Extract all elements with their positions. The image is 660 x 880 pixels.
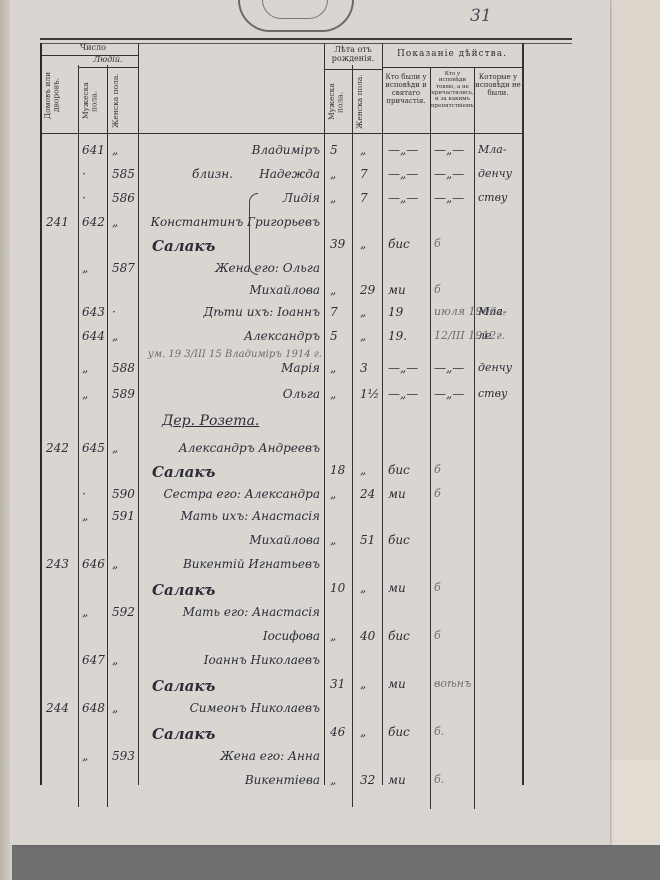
person-name: Дер. Розета.	[162, 413, 259, 429]
person-name: Салакъ	[152, 463, 215, 481]
confession-note: 12/III 1912г.	[434, 329, 505, 342]
female-number: „	[112, 653, 118, 667]
header-male: Мужеска пола.	[82, 71, 104, 131]
male-number: ·	[82, 167, 86, 181]
male-number: 646	[82, 557, 105, 571]
header-conf-col3: Которые у исповѣди не были.	[475, 73, 521, 97]
age-female: 51	[360, 533, 375, 547]
female-number: „	[112, 441, 118, 455]
person-name: Константинъ Григорьевъ	[140, 215, 320, 229]
female-number: 586	[112, 191, 135, 205]
confession-note: б	[434, 581, 441, 594]
age-female: 7	[360, 167, 368, 181]
confession-note: б	[434, 629, 441, 642]
age-female: „	[360, 677, 366, 691]
person-name: Александръ Андреевъ	[140, 441, 320, 455]
person-name: Михайлова	[140, 283, 320, 297]
person-name: Мать ихъ: Анастасія	[140, 509, 320, 523]
female-number: „	[112, 557, 118, 571]
person-name: Ольга	[140, 387, 320, 401]
male-number: „	[82, 749, 88, 763]
confession-status: бис	[388, 533, 410, 547]
male-number: ·	[82, 191, 86, 205]
header-persons: Людій.	[78, 55, 138, 64]
age-female: „	[360, 143, 366, 157]
person-name: Владиміръ	[140, 143, 320, 157]
confession-note: б	[434, 237, 441, 250]
person-name: Викентій Игнатьевъ	[140, 557, 320, 571]
header-female: Женска пола.	[112, 71, 134, 131]
age-male: 18	[330, 463, 345, 477]
confession-status: бис	[388, 725, 410, 739]
female-number: 585	[112, 167, 135, 181]
person-name: Жена его: Анна	[140, 749, 320, 763]
age-female: „	[360, 237, 366, 251]
person-name: Іоаннъ Николаевъ	[140, 653, 320, 667]
female-number: 588	[112, 361, 135, 375]
age-male: „	[330, 629, 336, 643]
person-name: Викентіева	[140, 773, 320, 787]
female-number: „	[112, 329, 118, 343]
male-number: 644	[82, 329, 105, 343]
confession-note: воѣнъ	[434, 677, 471, 690]
person-name: Александръ	[140, 329, 320, 343]
male-number: 645	[82, 441, 105, 455]
female-number: 591	[112, 509, 135, 523]
confession-status: 19	[388, 305, 403, 319]
male-number: 648	[82, 701, 105, 715]
person-name: Симеонъ Николаевъ	[140, 701, 320, 715]
female-number: 590	[112, 487, 135, 501]
confession-note: б	[434, 283, 441, 296]
age-female: 32	[360, 773, 375, 787]
age-female: „	[360, 581, 366, 595]
confession-note: б.	[434, 773, 444, 786]
absence-reason: ству	[478, 191, 507, 204]
absence-reason: ле	[478, 329, 492, 342]
person-name: Салакъ	[152, 725, 215, 743]
household-number: 244	[46, 701, 69, 715]
female-number: 589	[112, 387, 135, 401]
male-number: „	[82, 387, 88, 401]
age-female: 1½	[360, 387, 379, 401]
male-number: 642	[82, 215, 105, 229]
age-male: „	[330, 387, 336, 401]
age-male: 5	[330, 329, 338, 343]
female-number: 592	[112, 605, 135, 619]
person-name: Мать его: Анастасія	[140, 605, 320, 619]
desk-surface	[0, 845, 660, 880]
header-age: Лѣта отъ рожденія.	[324, 45, 382, 63]
age-female: „	[360, 329, 366, 343]
confession-status: —„—	[388, 143, 418, 157]
household-number: 243	[46, 557, 69, 571]
twins-note: близн.	[192, 167, 233, 181]
person-name: Марія	[140, 361, 320, 375]
header-age-female: Женска пола.	[356, 73, 378, 131]
age-male: „	[330, 191, 336, 205]
confession-note: —„—	[434, 387, 464, 401]
register-table: Число Людій. Домовъ или дворовъ. Мужеска…	[40, 43, 572, 785]
person-name: Михайлова	[140, 533, 320, 547]
male-number: „	[82, 361, 88, 375]
header-confession: Показаніе дѣйства.	[382, 49, 522, 59]
female-number: „	[112, 215, 118, 229]
person-name: Жена его: Ольга	[140, 261, 320, 275]
female-number: 593	[112, 749, 135, 763]
household-number: 241	[46, 215, 69, 229]
register-page: 31 Число Людій. Домовъ или дворовъ. Муже…	[10, 0, 610, 845]
age-female: „	[360, 463, 366, 477]
confession-status: ми	[388, 773, 406, 787]
age-female: „	[360, 305, 366, 319]
age-male: 31	[330, 677, 345, 691]
confession-status: ми	[388, 283, 406, 297]
age-female: 40	[360, 629, 375, 643]
confession-status: ми	[388, 581, 406, 595]
confession-status: —„—	[388, 191, 418, 205]
person-name: Сестра его: Александра	[140, 487, 320, 501]
confession-note: —„—	[434, 191, 464, 205]
absence-reason: Мла-	[478, 143, 507, 156]
absence-reason: ству	[478, 387, 507, 400]
age-female: 29	[360, 283, 375, 297]
confession-note: —„—	[434, 143, 464, 157]
age-female: 24	[360, 487, 375, 501]
household-number: 242	[46, 441, 69, 455]
male-number: ·	[82, 487, 86, 501]
age-male: „	[330, 487, 336, 501]
page-number: 31	[470, 6, 492, 26]
age-female: „	[360, 725, 366, 739]
confession-status: —„—	[388, 361, 418, 375]
confession-status: 19.	[388, 329, 407, 343]
age-male: 46	[330, 725, 345, 739]
male-number: 647	[82, 653, 105, 667]
age-male: „	[330, 773, 336, 787]
header-conf-col2: Кто у исповѣди токмо, а не причастились,…	[431, 71, 474, 109]
confession-note: б.	[434, 725, 444, 738]
imperial-emblem-icon	[238, 0, 354, 32]
age-male: „	[330, 283, 336, 297]
female-number: ·	[112, 305, 116, 319]
confession-status: ми	[388, 677, 406, 691]
male-number: „	[82, 605, 88, 619]
male-number: „	[82, 509, 88, 523]
confession-note: б	[434, 463, 441, 476]
confession-note: —„—	[434, 167, 464, 181]
female-number: 587	[112, 261, 135, 275]
confession-status: —„—	[388, 387, 418, 401]
absence-reason: денчу	[478, 361, 512, 374]
header-age-male: Мужеска пола.	[328, 73, 350, 131]
age-male: 7	[330, 305, 338, 319]
header-conf-col1: Кто были у исповѣди и святаго причастія.	[383, 73, 429, 105]
age-male: „	[330, 533, 336, 547]
age-female: 3	[360, 361, 368, 375]
female-number: „	[112, 143, 118, 157]
confession-note: —„—	[434, 361, 464, 375]
header-count: Число	[68, 43, 118, 52]
person-name: Салакъ	[152, 677, 215, 695]
age-male: 10	[330, 581, 345, 595]
age-male: 5	[330, 143, 338, 157]
person-name: Салакъ	[152, 581, 215, 599]
header-households: Домовъ или дворовъ.	[44, 59, 74, 131]
confession-status: —„—	[388, 167, 418, 181]
female-number: „	[112, 701, 118, 715]
person-name: Салакъ	[152, 237, 215, 255]
confession-status: бис	[388, 237, 410, 251]
confession-note: б	[434, 487, 441, 500]
age-male: 39	[330, 237, 345, 251]
person-name: Дѣти ихъ: Іоаннъ	[140, 305, 320, 319]
person-name: Іосифова	[140, 629, 320, 643]
male-number: 641	[82, 143, 105, 157]
confession-status: бис	[388, 463, 410, 477]
confession-status: ми	[388, 487, 406, 501]
age-male: „	[330, 167, 336, 181]
male-number: 643	[82, 305, 105, 319]
age-male: „	[330, 361, 336, 375]
male-number: „	[82, 261, 88, 275]
absence-reason: Мла-	[478, 305, 507, 318]
person-name: Лидія	[140, 191, 320, 205]
absence-reason: денчу	[478, 167, 512, 180]
age-female: 7	[360, 191, 368, 205]
confession-status: бис	[388, 629, 410, 643]
person-name: ум. 19 3/III 15 Владиміръ 1914 г.	[112, 349, 322, 360]
